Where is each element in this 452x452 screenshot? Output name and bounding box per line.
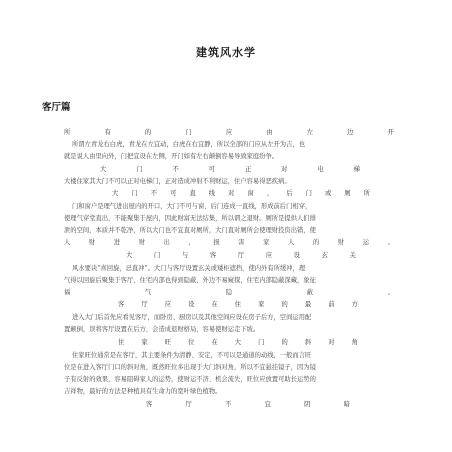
heading-char: 由 <box>266 129 272 137</box>
heading-char: 不 <box>225 401 231 409</box>
document-title: 建筑风水学 <box>0 44 452 60</box>
line-char: 隐 <box>226 289 232 297</box>
subheading: 所有的门应由左边开 <box>64 129 394 137</box>
line-char: 运 <box>363 239 369 247</box>
heading-char: 厕 <box>344 190 350 198</box>
paragraph-line: 所谓左青龙右白虎，青龙在左宜动，白虎在右宜静，所以全部的门应从左开为吉，也 <box>72 141 394 149</box>
heading-char: 客 <box>210 252 216 260</box>
heading-char: 有 <box>104 129 110 137</box>
line-char: ， <box>188 239 194 247</box>
heading-char: 窗 <box>248 190 254 198</box>
heading-char: 的 <box>145 129 151 137</box>
heading-char: 玄 <box>322 252 328 260</box>
line-char: 。 <box>388 239 394 247</box>
heading-char: 门 <box>185 129 191 137</box>
paragraph-line: 泄的空间，本质并不乾净，所以大门也不宜直对厕所，大门直对厕所会使理财投资出错，使 <box>64 227 394 235</box>
heading-char: 不 <box>172 166 178 174</box>
heading-char: 厅 <box>238 252 244 260</box>
line-char: 财 <box>338 239 344 247</box>
heading-char: 住 <box>235 301 241 309</box>
heading-char: 线 <box>209 190 215 198</box>
heading-char: 门 <box>306 190 312 198</box>
heading-char: 厅 <box>186 401 192 409</box>
heading-char: 家 <box>258 301 264 309</box>
line-char: 福 <box>64 289 70 297</box>
heading-char: 应 <box>226 129 232 137</box>
subheading: 住家旺位在大门的斜对角 <box>118 339 358 347</box>
paragraph-line: 风水要诀“喜回旋，忌直冲”。大门与客厅设置玄关或矮柜遮挡，使内外有所缓冲，理 <box>72 265 394 273</box>
heading-char: ， <box>267 190 273 198</box>
heading-char: 正 <box>245 166 251 174</box>
heading-char: 对 <box>281 166 287 174</box>
heading-char: 暗 <box>344 401 350 409</box>
paragraph-line: 置颠倒，误将客厅设置在后方，会造成退财格局，容易使财运走下坡。 <box>64 326 394 334</box>
heading-char: 所 <box>64 129 70 137</box>
heading-char: 所 <box>364 190 370 198</box>
heading-char: 与 <box>182 252 188 260</box>
heading-char: 厅 <box>141 301 147 309</box>
heading-char: 在 <box>211 339 217 347</box>
line-char: 。 <box>388 289 394 297</box>
heading-char: 门 <box>131 190 137 198</box>
line-char: 进 <box>114 239 120 247</box>
line-char: 害 <box>238 239 244 247</box>
line-char: 家 <box>263 239 269 247</box>
heading-char: 宜 <box>265 401 271 409</box>
heading-char: 位 <box>188 339 194 347</box>
heading-char: 大 <box>126 252 132 260</box>
heading-char: 角 <box>352 339 358 347</box>
heading-char: 前 <box>328 301 334 309</box>
subheading: 大门不可正对电梯 <box>100 166 360 174</box>
paragraph-line-justified: 福气隐蔽。 <box>64 289 394 297</box>
heading-char: 应 <box>266 252 272 260</box>
heading-char: 客 <box>146 401 152 409</box>
heading-char: 开 <box>388 129 394 137</box>
heading-char: 旺 <box>165 339 171 347</box>
paragraph-line: 进入大门后首先应看见客厅，而卧房、厨房以及其他空间应设在房子后方，空间运用配 <box>72 314 394 322</box>
line-char: 人 <box>64 239 70 247</box>
paragraph-line: 门和窗户是理气进出屋内的开口，大门不可与窗、后门连成一直线，形成前后门相穿， <box>72 203 394 211</box>
heading-char: 左 <box>307 129 313 137</box>
line-char: 的 <box>313 239 319 247</box>
heading-char: 边 <box>347 129 353 137</box>
line-char: 出 <box>164 239 170 247</box>
paragraph-line: 子有反射的效果，容易阻碍家人的运势，使财运不济、机会流失，旺位应放置可助长运势的 <box>64 376 394 384</box>
heading-char: 的 <box>282 301 288 309</box>
heading-char: 大 <box>100 166 106 174</box>
line-char: 财 <box>89 239 95 247</box>
heading-char: 阴 <box>304 401 310 409</box>
heading-char: 大 <box>112 190 118 198</box>
line-char: 损 <box>213 239 219 247</box>
heading-char: 最 <box>305 301 311 309</box>
heading-char: 对 <box>228 190 234 198</box>
heading-char: 斜 <box>305 339 311 347</box>
heading-char: 电 <box>317 166 323 174</box>
heading-char: 设 <box>294 252 300 260</box>
paragraph-line: 位是在进入客厅门口的斜对角，既然旺位多出现于大门斜对角，所以不宜悬挂镜子，因为镜 <box>64 364 394 372</box>
heading-char: 设 <box>188 301 194 309</box>
heading-char: 大 <box>235 339 241 347</box>
subheading: 大门与客厅应设玄关 <box>126 252 356 260</box>
subheading: 客厅应设在住家的最前方 <box>118 301 358 309</box>
line-char: 人 <box>288 239 294 247</box>
heading-char: 对 <box>328 339 334 347</box>
heading-char: 门 <box>136 166 142 174</box>
paragraph-line-justified: 人财进财出，损害家人的财运。 <box>64 239 394 247</box>
heading-char: 关 <box>350 252 356 260</box>
heading-char: 可 <box>209 166 215 174</box>
line-char: 财 <box>139 239 145 247</box>
heading-char: 或 <box>325 190 331 198</box>
heading-char: 住 <box>118 339 124 347</box>
document-page: 建筑风水学 客厅篇 所有的门应由左边开 所谓左青龙右白虎，青龙在左宜动，白虎在右… <box>0 0 452 452</box>
paragraph-line: 大楼住家其大门不可以正对电梯门，正对造成冲射不利财运，住户容易得恶疾病。 <box>64 178 394 186</box>
paragraph-line: 就是说人由里向外，门把宜设在左侧，开门如有左右颠倒容易导致家庭纷争。 <box>64 153 394 161</box>
heading-char: 的 <box>282 339 288 347</box>
heading-char: 后 <box>286 190 292 198</box>
heading-char: 可 <box>170 190 176 198</box>
section-heading: 客厅篇 <box>42 99 71 113</box>
line-char: 气 <box>145 289 151 297</box>
heading-char: 门 <box>258 339 264 347</box>
heading-char: 应 <box>165 301 171 309</box>
paragraph-line: 使理气穿堂直出，不能聚集于屋内，因此财富无法结集，所以谓之退财。厕所是提供人们排 <box>64 215 394 223</box>
line-char: 蔽 <box>307 289 313 297</box>
subheading: 大门不可直线对窗，后门或厕所 <box>112 190 370 198</box>
paragraph-line: 吉祥物，最好的方法是种植具有生命力的宽叶绿色植物。 <box>64 388 394 396</box>
heading-char: 梯 <box>354 166 360 174</box>
heading-char: 直 <box>189 190 195 198</box>
heading-char: 门 <box>154 252 160 260</box>
heading-char: 客 <box>118 301 124 309</box>
heading-char: 不 <box>151 190 157 198</box>
subheading: 客厅不宜阴暗 <box>146 401 350 409</box>
heading-char: 在 <box>211 301 217 309</box>
heading-char: 家 <box>141 339 147 347</box>
paragraph-line: 住家旺位通常是在客厅，其主要条件为清静、安定，不可以是通道的动线，一般而言旺 <box>72 352 394 360</box>
heading-char: 方 <box>352 301 358 309</box>
paragraph-line: 气得以回旋后聚集于客厅，住宅内部也得到隐蔽，外边不易窥探，住宅内部隐蔽深藏，象征 <box>64 277 394 285</box>
